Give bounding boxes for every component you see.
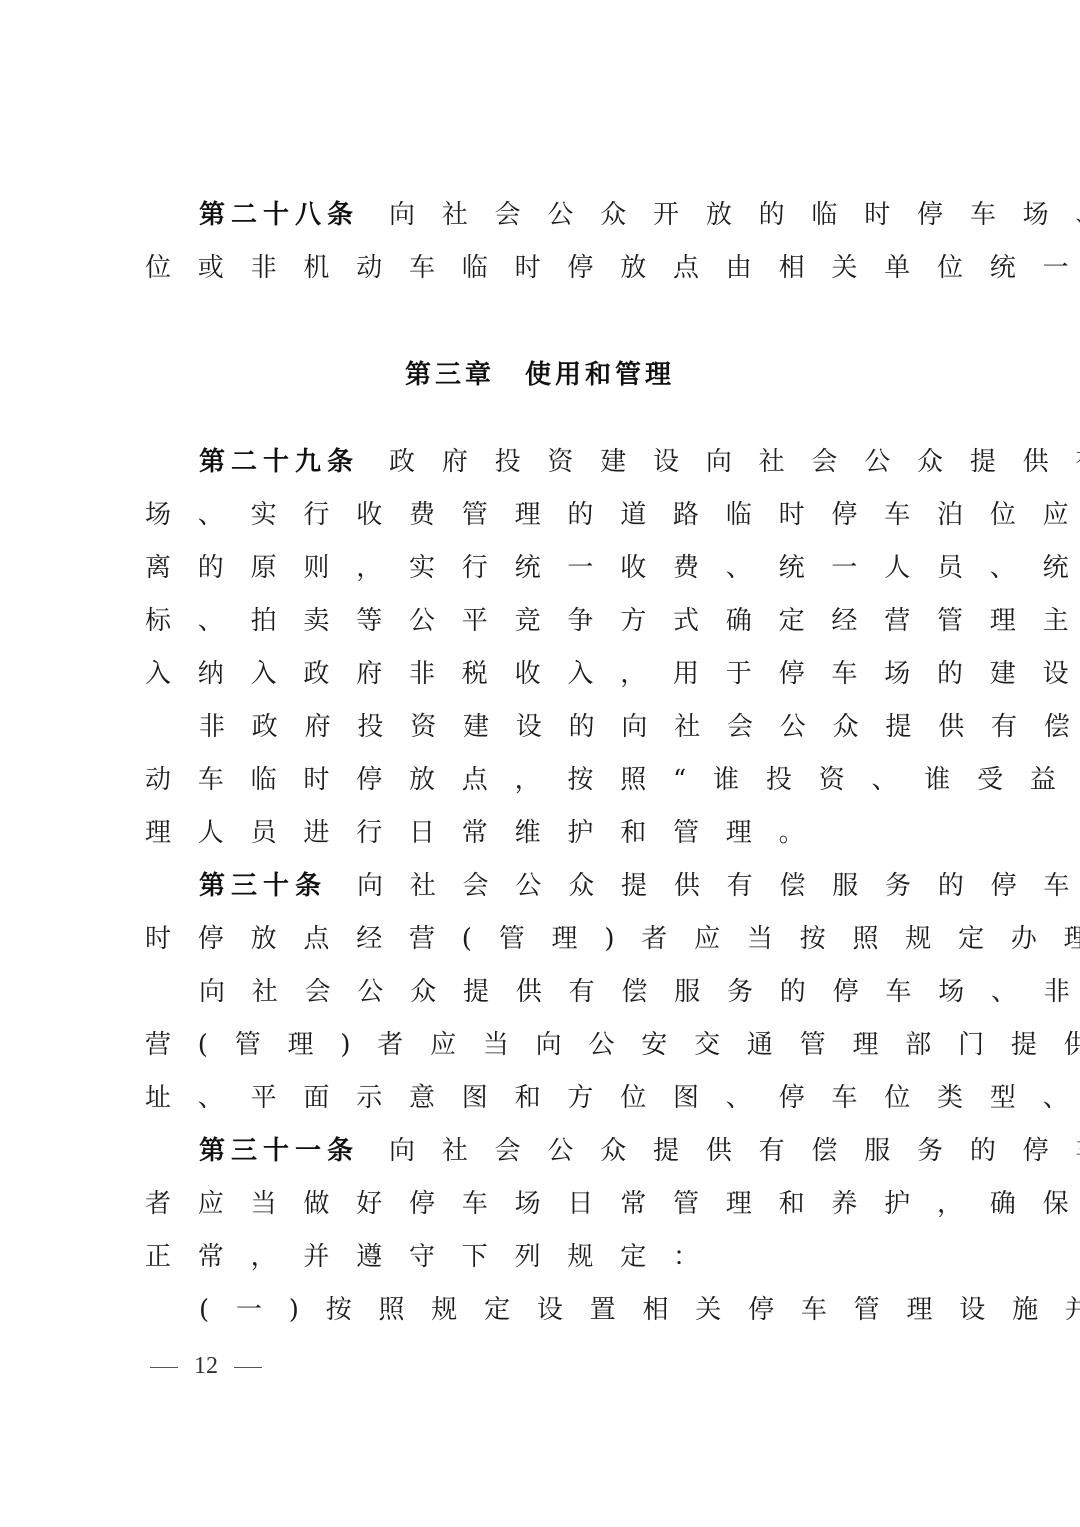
article-29-line-1: 第二十九条政府投资建设向社会公众提供有偿服务的停车	[199, 436, 999, 488]
page-number: 12	[150, 1348, 262, 1384]
article-30-label: 第三十条	[199, 871, 327, 901]
chapter-number: 第三章	[405, 360, 495, 390]
article-31-line-2: 者应当做好停车场日常管理和养护，确保各项设施设置齐全、运行	[145, 1178, 945, 1230]
article-29-para2-line-3: 理人员进行日常维护和管理。	[145, 807, 945, 859]
article-31-line-3: 正常，并遵守下列规定：	[145, 1231, 945, 1283]
article-29-line-5: 入纳入政府非税收入，用于停车场的建设和管理。	[145, 648, 945, 700]
article-30-text: 向社会公众提供有偿服务的停车场、非机动车临	[357, 871, 1080, 901]
document-page: 第二十八条向社会公众开放的临时停车场、机动车停车泊 位或非机动车临时停放点由相关…	[0, 0, 1080, 1527]
page-number-dash-left	[150, 1367, 178, 1368]
article-28-line-1: 第二十八条向社会公众开放的临时停车场、机动车停车泊	[199, 189, 999, 241]
chapter-title: 使用和管理	[525, 360, 675, 390]
article-28-label: 第二十八条	[199, 200, 359, 230]
article-29-line-2: 场、实行收费管理的道路临时停车泊位应当坚持管理与经营相分	[145, 489, 945, 541]
article-31-text: 向社会公众提供有偿服务的停车场经营(管理)	[389, 1136, 1080, 1166]
article-29-text: 政府投资建设向社会公众提供有偿服务的停车	[389, 447, 1080, 477]
article-30-para2-line-2: 营(管理)者应当向公安交通管理部门提供经营者情况、停车场地	[145, 1019, 945, 1071]
article-30-para2-line-1: 向社会公众提供有偿服务的停车场、非机动车临时停放点经	[199, 966, 999, 1018]
article-28-line-2: 位或非机动车临时停放点由相关单位统一设置和施划。	[145, 242, 945, 294]
chapter-heading: 第三章使用和管理	[0, 349, 1080, 401]
article-29-para2-line-2: 动车临时停放点，按照“谁投资、谁受益”的原则，自行确定专业管	[145, 754, 945, 806]
article-30-line-1: 第三十条向社会公众提供有偿服务的停车场、非机动车临	[199, 860, 999, 912]
article-29-line-4: 标、拍卖等公平竞争方式确定经营管理主体。招标或者拍卖等收	[145, 595, 945, 647]
page-number-dash-right	[234, 1367, 262, 1368]
article-28-text: 向社会公众开放的临时停车场、机动车停车泊	[389, 200, 1080, 230]
page-number-value: 12	[194, 1353, 218, 1379]
article-31-line-1: 第三十一条向社会公众提供有偿服务的停车场经营(管理)	[199, 1125, 999, 1177]
article-30-line-2: 时停放点经营(管理)者应当按照规定办理相关手续。	[145, 913, 945, 965]
article-30-para2-line-3: 址、平面示意图和方位图、停车位类型、数量等信息。	[145, 1072, 945, 1124]
article-29-label: 第二十九条	[199, 447, 359, 477]
article-29-line-3: 离的原则，实行统一收费、统一人员、统一收支管理，依法采取招	[145, 542, 945, 594]
article-31-label: 第三十一条	[199, 1136, 359, 1166]
article-29-para2-line-1: 非政府投资建设的向社会公众提供有偿服务的停车场、非机	[199, 701, 999, 753]
article-31-item-1: (一)按照规定设置相关停车管理设施并在显著位置公示停车	[199, 1284, 999, 1336]
